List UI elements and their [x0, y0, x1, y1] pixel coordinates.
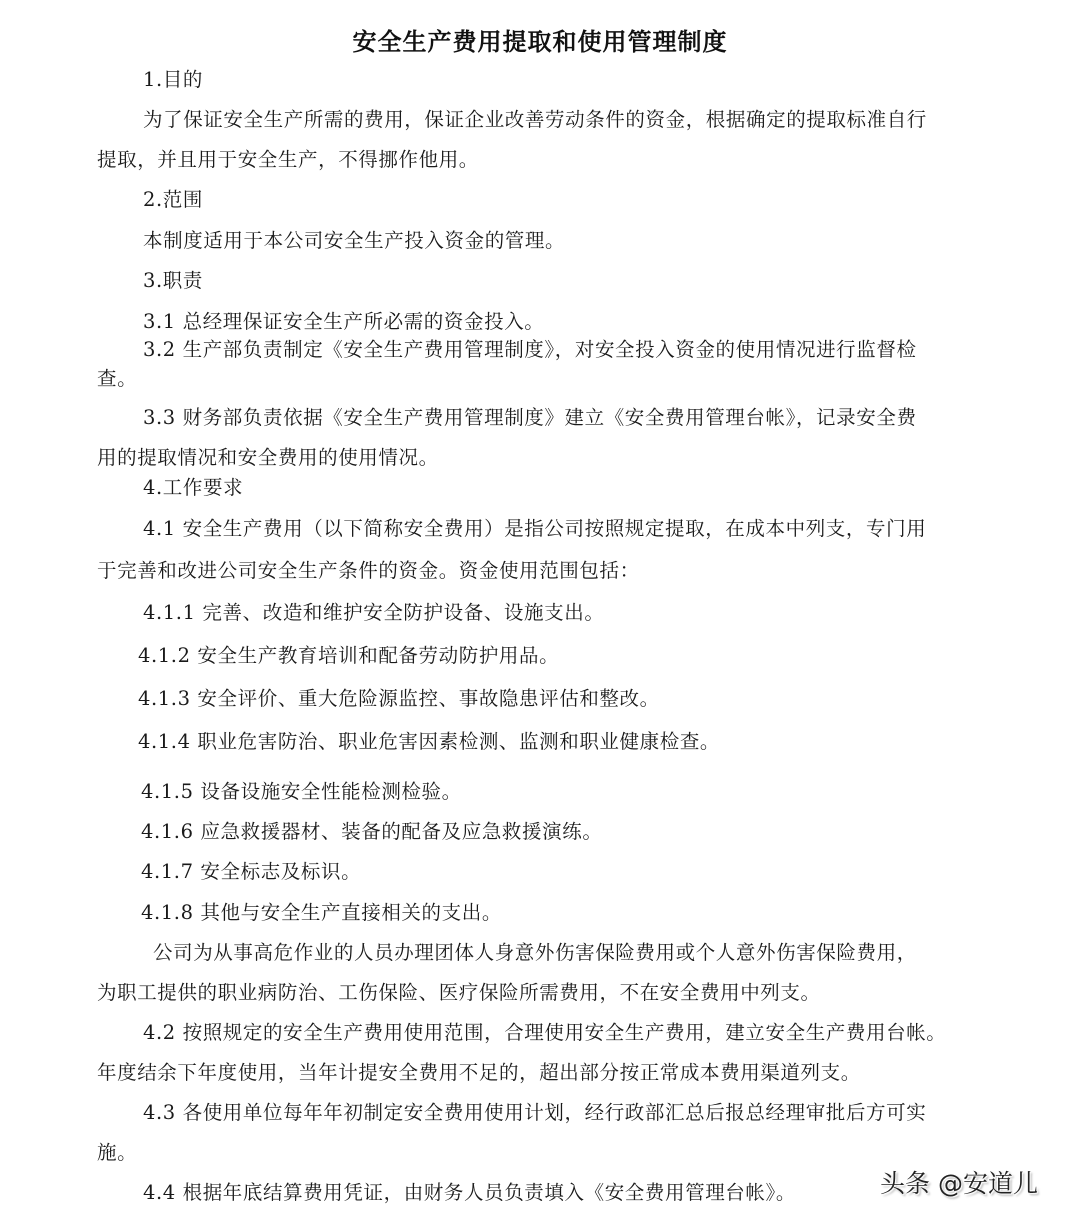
clause-4-1-6: 4.1.6 应急救援器材、装备的配备及应急救援演练。 — [141, 819, 602, 845]
section-heading-requirements: 4.工作要求 — [143, 475, 243, 501]
clause-4-1-5: 4.1.5 设备设施安全性能检测检验。 — [141, 779, 462, 805]
paragraph-line: 用的提取情况和安全费用的使用情况。 — [97, 445, 439, 471]
clause-4-4: 4.4 根据年底结算费用凭证，由财务人员负责填入《安全费用管理台帐》。 — [143, 1180, 796, 1206]
clause-3-1: 3.1 总经理保证安全生产所必需的资金投入。 — [143, 309, 544, 335]
paragraph-line: 提取，并且用于安全生产，不得挪作他用。 — [97, 147, 479, 173]
paragraph-line: 公司为从事高危作业的人员办理团体人身意外伤害保险费用或个人意外伤害保险费用， — [153, 940, 917, 966]
clause-4-2: 4.2 按照规定的安全生产费用使用范围，合理使用安全生产费用，建立安全生产费用台… — [143, 1020, 946, 1046]
clause-4-1-1: 4.1.1 完善、改造和维护安全防护设备、设施支出。 — [143, 600, 604, 626]
clause-4-1-2: 4.1.2 安全生产教育培训和配备劳动防护用品。 — [138, 643, 559, 669]
clause-4-1-3: 4.1.3 安全评价、重大危险源监控、事故隐患评估和整改。 — [138, 686, 660, 712]
paragraph-line: 于完善和改进公司安全生产条件的资金。资金使用范围包括： — [97, 558, 640, 584]
section-heading-responsibilities: 3.职责 — [143, 268, 203, 294]
clause-3-3: 3.3 财务部负责依据《安全生产费用管理制度》建立《安全费用管理台帐》，记录安全… — [143, 405, 917, 431]
section-heading-purpose: 1.目的 — [143, 67, 203, 93]
paragraph-line: 本制度适用于本公司安全生产投入资金的管理。 — [143, 228, 565, 254]
clause-3-2: 3.2 生产部负责制定《安全生产费用管理制度》，对安全投入资金的使用情况进行监督… — [143, 337, 917, 363]
paragraph-line: 施。 — [97, 1140, 137, 1166]
paragraph-line: 为职工提供的职业病防治、工伤保险、医疗保险所需费用，不在安全费用中列支。 — [97, 980, 821, 1006]
clause-4-1-7: 4.1.7 安全标志及标识。 — [141, 859, 361, 885]
paragraph-line: 年度结余下年度使用，当年计提安全费用不足的，超出部分按正常成本费用渠道列支。 — [97, 1060, 861, 1086]
clause-4-1-8: 4.1.8 其他与安全生产直接相关的支出。 — [141, 900, 502, 926]
paragraph-line: 为了保证安全生产所需的费用，保证企业改善劳动条件的资金，根据确定的提取标准自行 — [143, 107, 927, 133]
clause-4-1-4: 4.1.4 职业危害防治、职业危害因素检测、监测和职业健康检查。 — [138, 729, 720, 755]
clause-4-1: 4.1 安全生产费用（以下简称安全费用）是指公司按照规定提取，在成本中列支，专门… — [143, 516, 926, 542]
section-heading-scope: 2.范围 — [143, 187, 203, 213]
clause-4-3: 4.3 各使用单位每年年初制定安全费用使用计划，经行政部汇总后报总经理审批后方可… — [143, 1100, 926, 1126]
watermark: 头条 @安道儿 — [880, 1164, 1038, 1200]
document-title: 安全生产费用提取和使用管理制度 — [0, 22, 1080, 57]
paragraph-line: 查。 — [97, 366, 137, 392]
